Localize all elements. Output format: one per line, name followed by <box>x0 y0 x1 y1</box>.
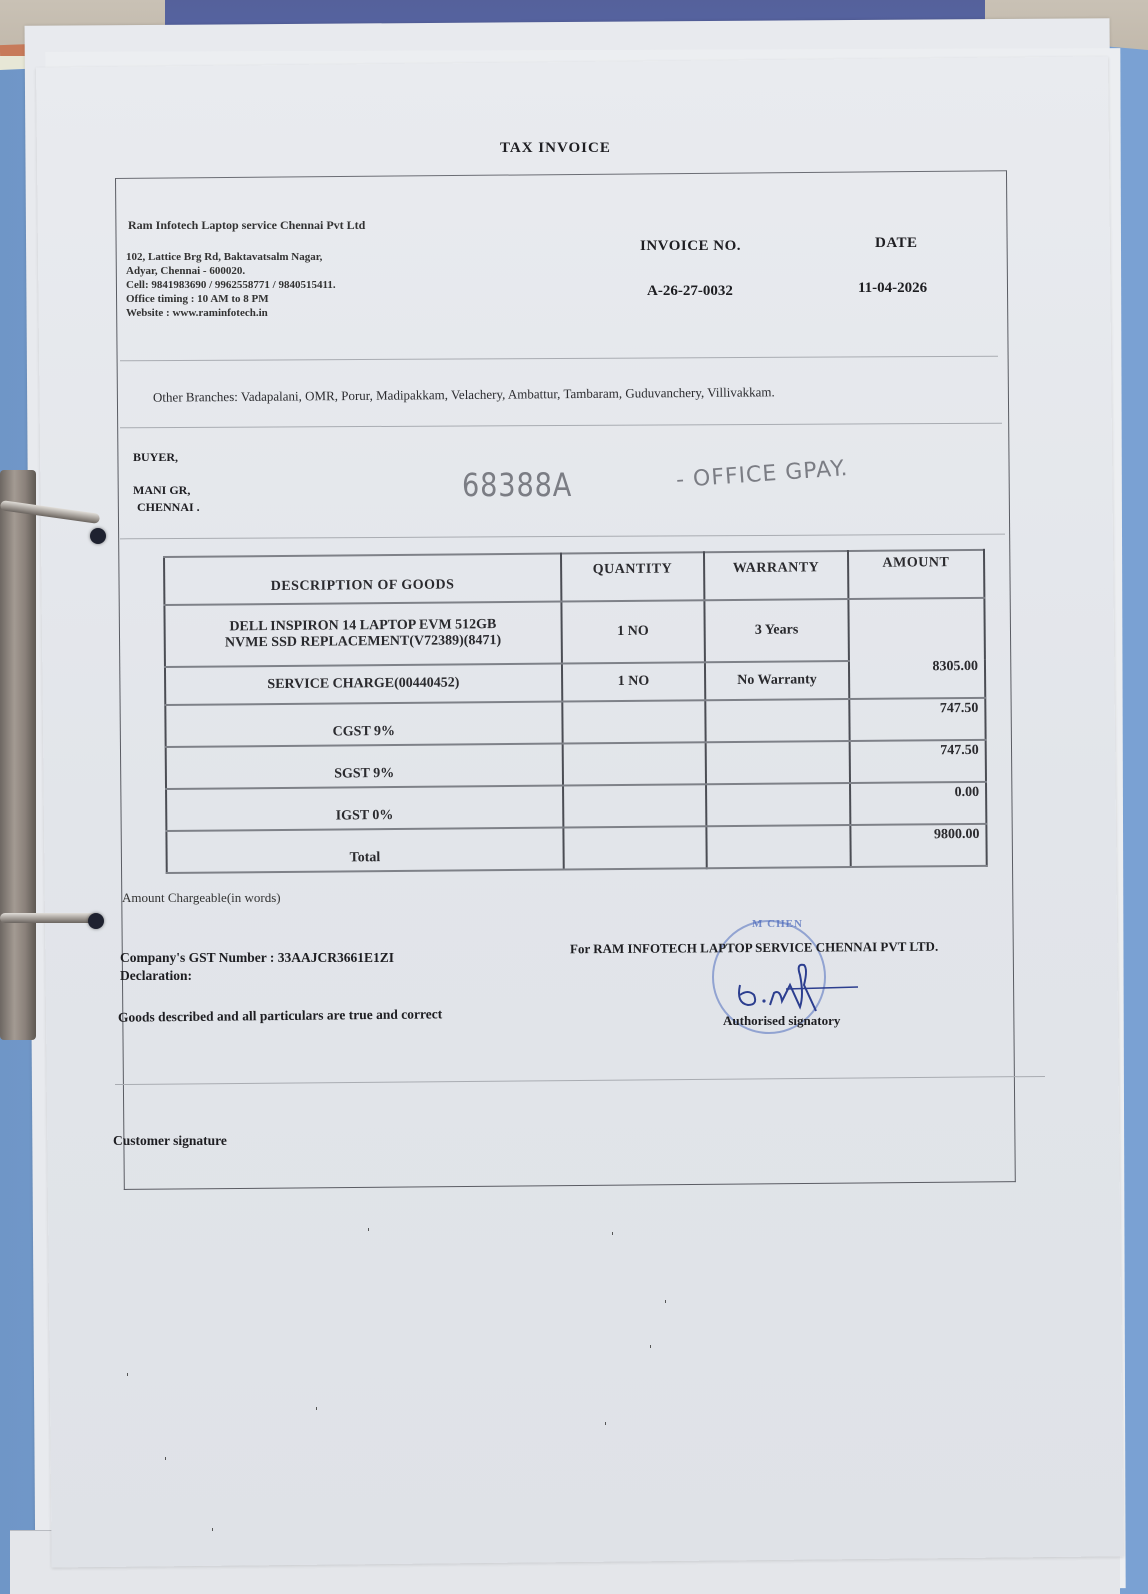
binder-ring-mechanism <box>0 470 36 1040</box>
tax-amount: 0.00 <box>850 782 987 825</box>
item-warranty: No Warranty <box>705 661 849 700</box>
tax-row-cgst: CGST 9% 747.50 <box>165 698 985 747</box>
paper-speck <box>212 1528 213 1531</box>
paper-speck <box>316 1407 317 1410</box>
tax-amount: 747.50 <box>849 698 986 741</box>
authorised-signatory-label: Authorised signatory <box>723 1013 840 1029</box>
header-description: DESCRIPTION OF GOODS <box>164 554 561 605</box>
customer-signature-label: Customer signature <box>113 1133 227 1149</box>
seller-name: Ram Infotech Laptop service Chennai Pvt … <box>128 218 365 233</box>
signature-icon <box>730 955 870 1015</box>
paper-speck <box>368 1228 369 1231</box>
paper-speck <box>612 1232 613 1235</box>
handwritten-reference: 68388A <box>462 466 572 504</box>
header-warranty: WARRANTY <box>704 551 848 600</box>
table-row: DELL INSPIRON 14 LAPTOP EVM 512GB NVME S… <box>164 598 985 667</box>
seller-website: Website : www.raminfotech.in <box>126 306 336 320</box>
tax-amount: 747.50 <box>849 740 986 783</box>
paper-speck <box>165 1457 166 1460</box>
tax-label: CGST 9% <box>165 702 562 747</box>
header-quantity: QUANTITY <box>561 552 705 601</box>
item-description: SERVICE CHARGE(00440452) <box>165 664 562 705</box>
seller-details: 102, Lattice Brg Rd, Baktavatsalm Nagar,… <box>126 250 336 320</box>
total-row: Total 9800.00 <box>166 824 986 873</box>
item-description-line2: NVME SSD REPLACEMENT(V72389)(8471) <box>172 633 555 652</box>
declaration-label: Declaration: <box>120 968 192 984</box>
punch-hole-top <box>90 528 106 544</box>
item-warranty: 3 Years <box>705 599 849 662</box>
seller-phones: Cell: 9841983690 / 9962558771 / 98405154… <box>126 278 336 292</box>
goods-table: DESCRIPTION OF GOODS QUANTITY WARRANTY A… <box>163 549 988 874</box>
total-label: Total <box>166 828 563 873</box>
buyer-city: CHENNAI . <box>137 500 200 515</box>
items-amount: 8305.00 <box>848 598 985 699</box>
binder-ring-bottom <box>0 913 100 923</box>
document-title: TAX INVOICE <box>500 140 611 157</box>
seller-address-line2: Adyar, Chennai - 600020. <box>126 264 336 278</box>
tax-row-igst: IGST 0% 0.00 <box>166 782 986 831</box>
buyer-name: MANI GR, <box>133 483 190 498</box>
paper-speck <box>665 1300 666 1303</box>
invoice-date: 11-04-2026 <box>858 280 927 297</box>
invoice-number-label: INVOICE NO. <box>640 238 741 255</box>
buyer-label: BUYER, <box>133 450 178 465</box>
item-description: DELL INSPIRON 14 LAPTOP EVM 512GB NVME S… <box>164 602 561 667</box>
paper-speck <box>650 1345 651 1348</box>
tax-label: IGST 0% <box>166 786 563 831</box>
company-stamp-text: M CHEN <box>752 918 803 930</box>
seller-address-line1: 102, Lattice Brg Rd, Baktavatsalm Nagar, <box>126 250 336 264</box>
tax-row-sgst: SGST 9% 747.50 <box>166 740 986 789</box>
paper-speck <box>605 1422 606 1425</box>
tax-label: SGST 9% <box>166 744 563 789</box>
paper-speck <box>127 1373 128 1376</box>
amount-in-words-label: Amount Chargeable(in words) <box>122 890 281 906</box>
item-quantity: 1 NO <box>562 662 706 701</box>
table-header-row: DESCRIPTION OF GOODS QUANTITY WARRANTY A… <box>164 550 984 605</box>
company-gst-number: Company's GST Number : 33AAJCR3661E1ZI <box>120 950 394 966</box>
invoice-date-label: DATE <box>875 235 918 252</box>
seller-office-timing: Office timing : 10 AM to 8 PM <box>126 292 336 306</box>
declaration-text: Goods described and all particulars are … <box>118 1006 442 1025</box>
invoice-number: A-26-27-0032 <box>647 283 733 300</box>
header-amount: AMOUNT <box>848 550 985 599</box>
total-amount: 9800.00 <box>850 824 987 867</box>
item-quantity: 1 NO <box>561 600 705 663</box>
punch-hole-bottom <box>88 913 104 929</box>
